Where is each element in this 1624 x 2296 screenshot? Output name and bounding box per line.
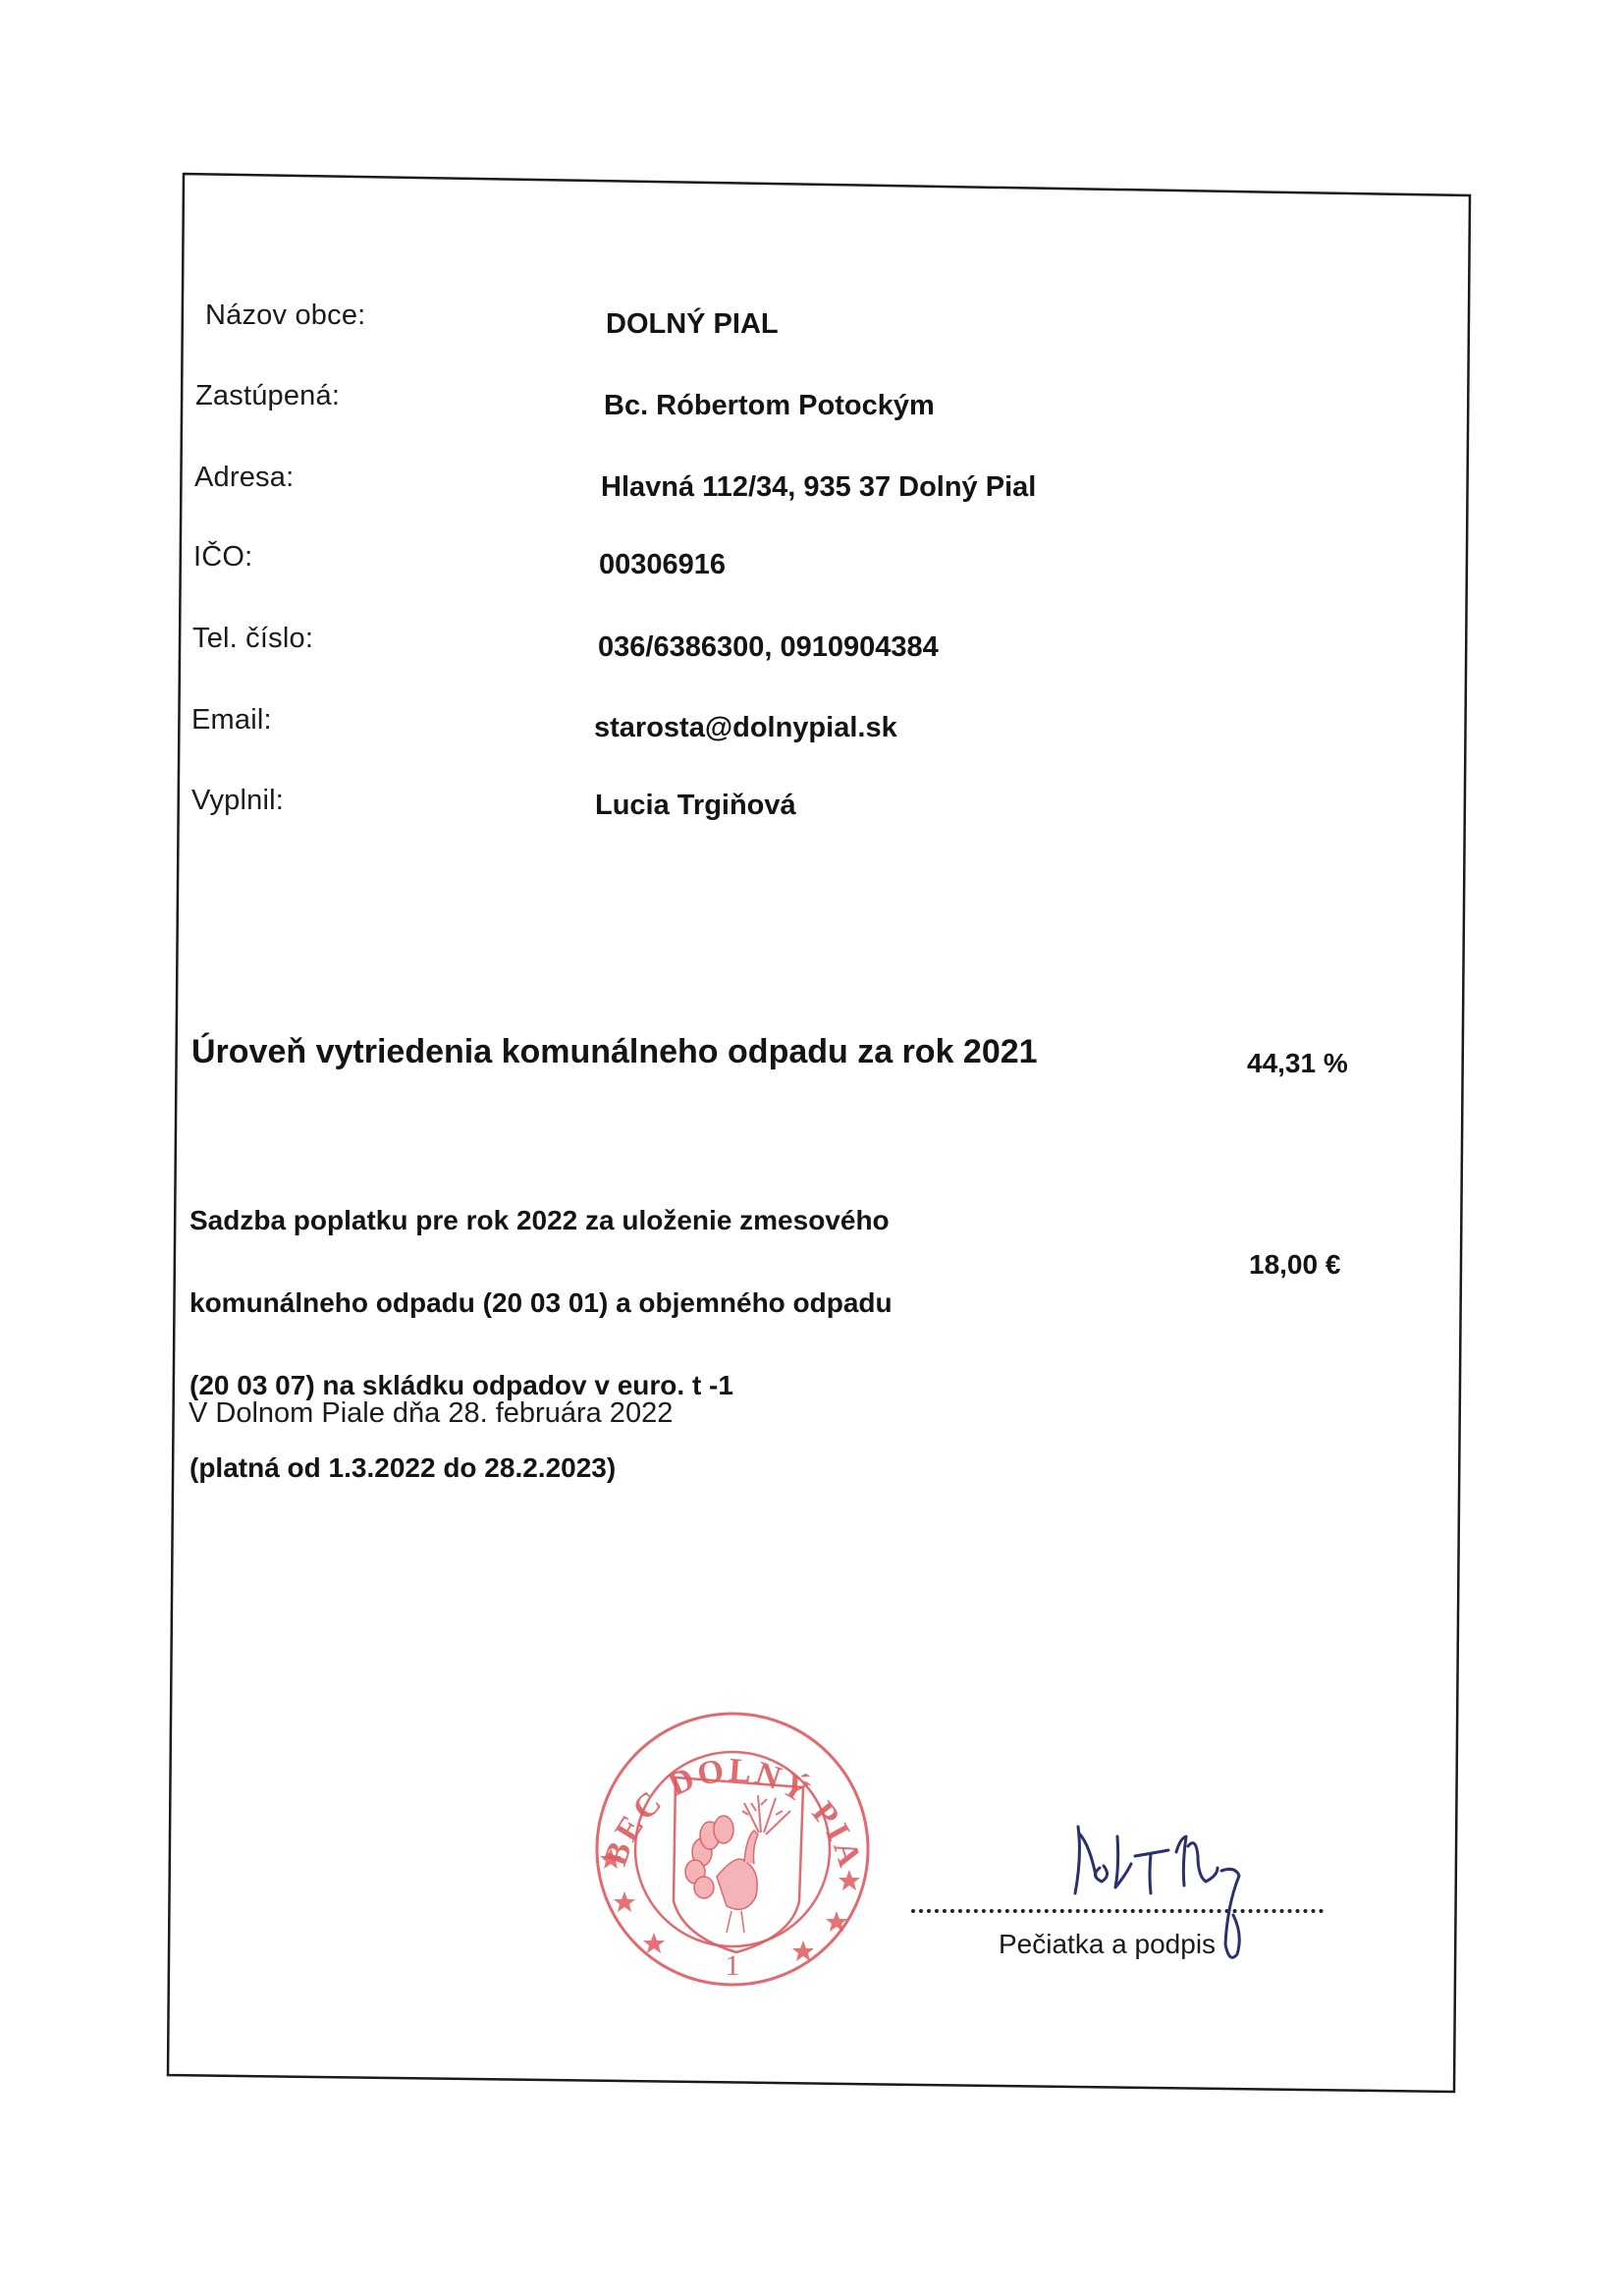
official-stamp: OBEC DOLNÝ PIAL 1 xyxy=(589,1705,876,1992)
field-label-filled-by: Vyplnil: xyxy=(191,787,284,815)
stamp-text: OBEC DOLNÝ PIAL xyxy=(589,1705,869,1874)
fee-rate-value: 18,00 € xyxy=(1249,1251,1340,1279)
field-label-address: Adresa: xyxy=(194,464,294,492)
field-label-email: Email: xyxy=(191,706,272,735)
field-label-represented-by: Zastúpená: xyxy=(195,382,340,410)
handwritten-signature xyxy=(1060,1817,1276,1974)
fee-rate-line: (platná od 1.3.2022 do 28.2.2023) xyxy=(189,1448,893,1489)
field-label-ico: IČO: xyxy=(193,543,252,572)
field-value-phone: 036/6386300, 0910904384 xyxy=(598,633,939,662)
field-value-address: Hlavná 112/34, 935 37 Dolný Pial xyxy=(601,473,1036,502)
field-value-ico: 00306916 xyxy=(599,551,726,579)
field-value-email: starosta@dolnypial.sk xyxy=(594,714,897,742)
field-value-filled-by: Lucia Trgiňová xyxy=(595,792,796,820)
fee-rate-line: Sadzba poplatku pre rok 2022 za uloženie… xyxy=(189,1200,893,1241)
fee-rate-description: Sadzba poplatku pre rok 2022 za uloženie… xyxy=(189,1159,893,1530)
fee-rate-line: komunálneho odpadu (20 03 01) a objemnéh… xyxy=(189,1283,893,1324)
field-value-municipality: DOLNÝ PIAL xyxy=(606,310,779,339)
field-value-represented-by: Bc. Róbertom Potockým xyxy=(604,392,935,420)
field-label-municipality: Názov obce: xyxy=(205,301,365,330)
svg-text:1: 1 xyxy=(726,1949,740,1982)
sorting-level-value: 44,31 % xyxy=(1247,1050,1348,1077)
sorting-level-heading: Úroveň vytriedenia komunálneho odpadu za… xyxy=(191,1035,1038,1068)
field-label-phone: Tel. číslo: xyxy=(192,625,313,653)
place-and-date: V Dolnom Piale dňa 28. februára 2022 xyxy=(189,1399,673,1428)
